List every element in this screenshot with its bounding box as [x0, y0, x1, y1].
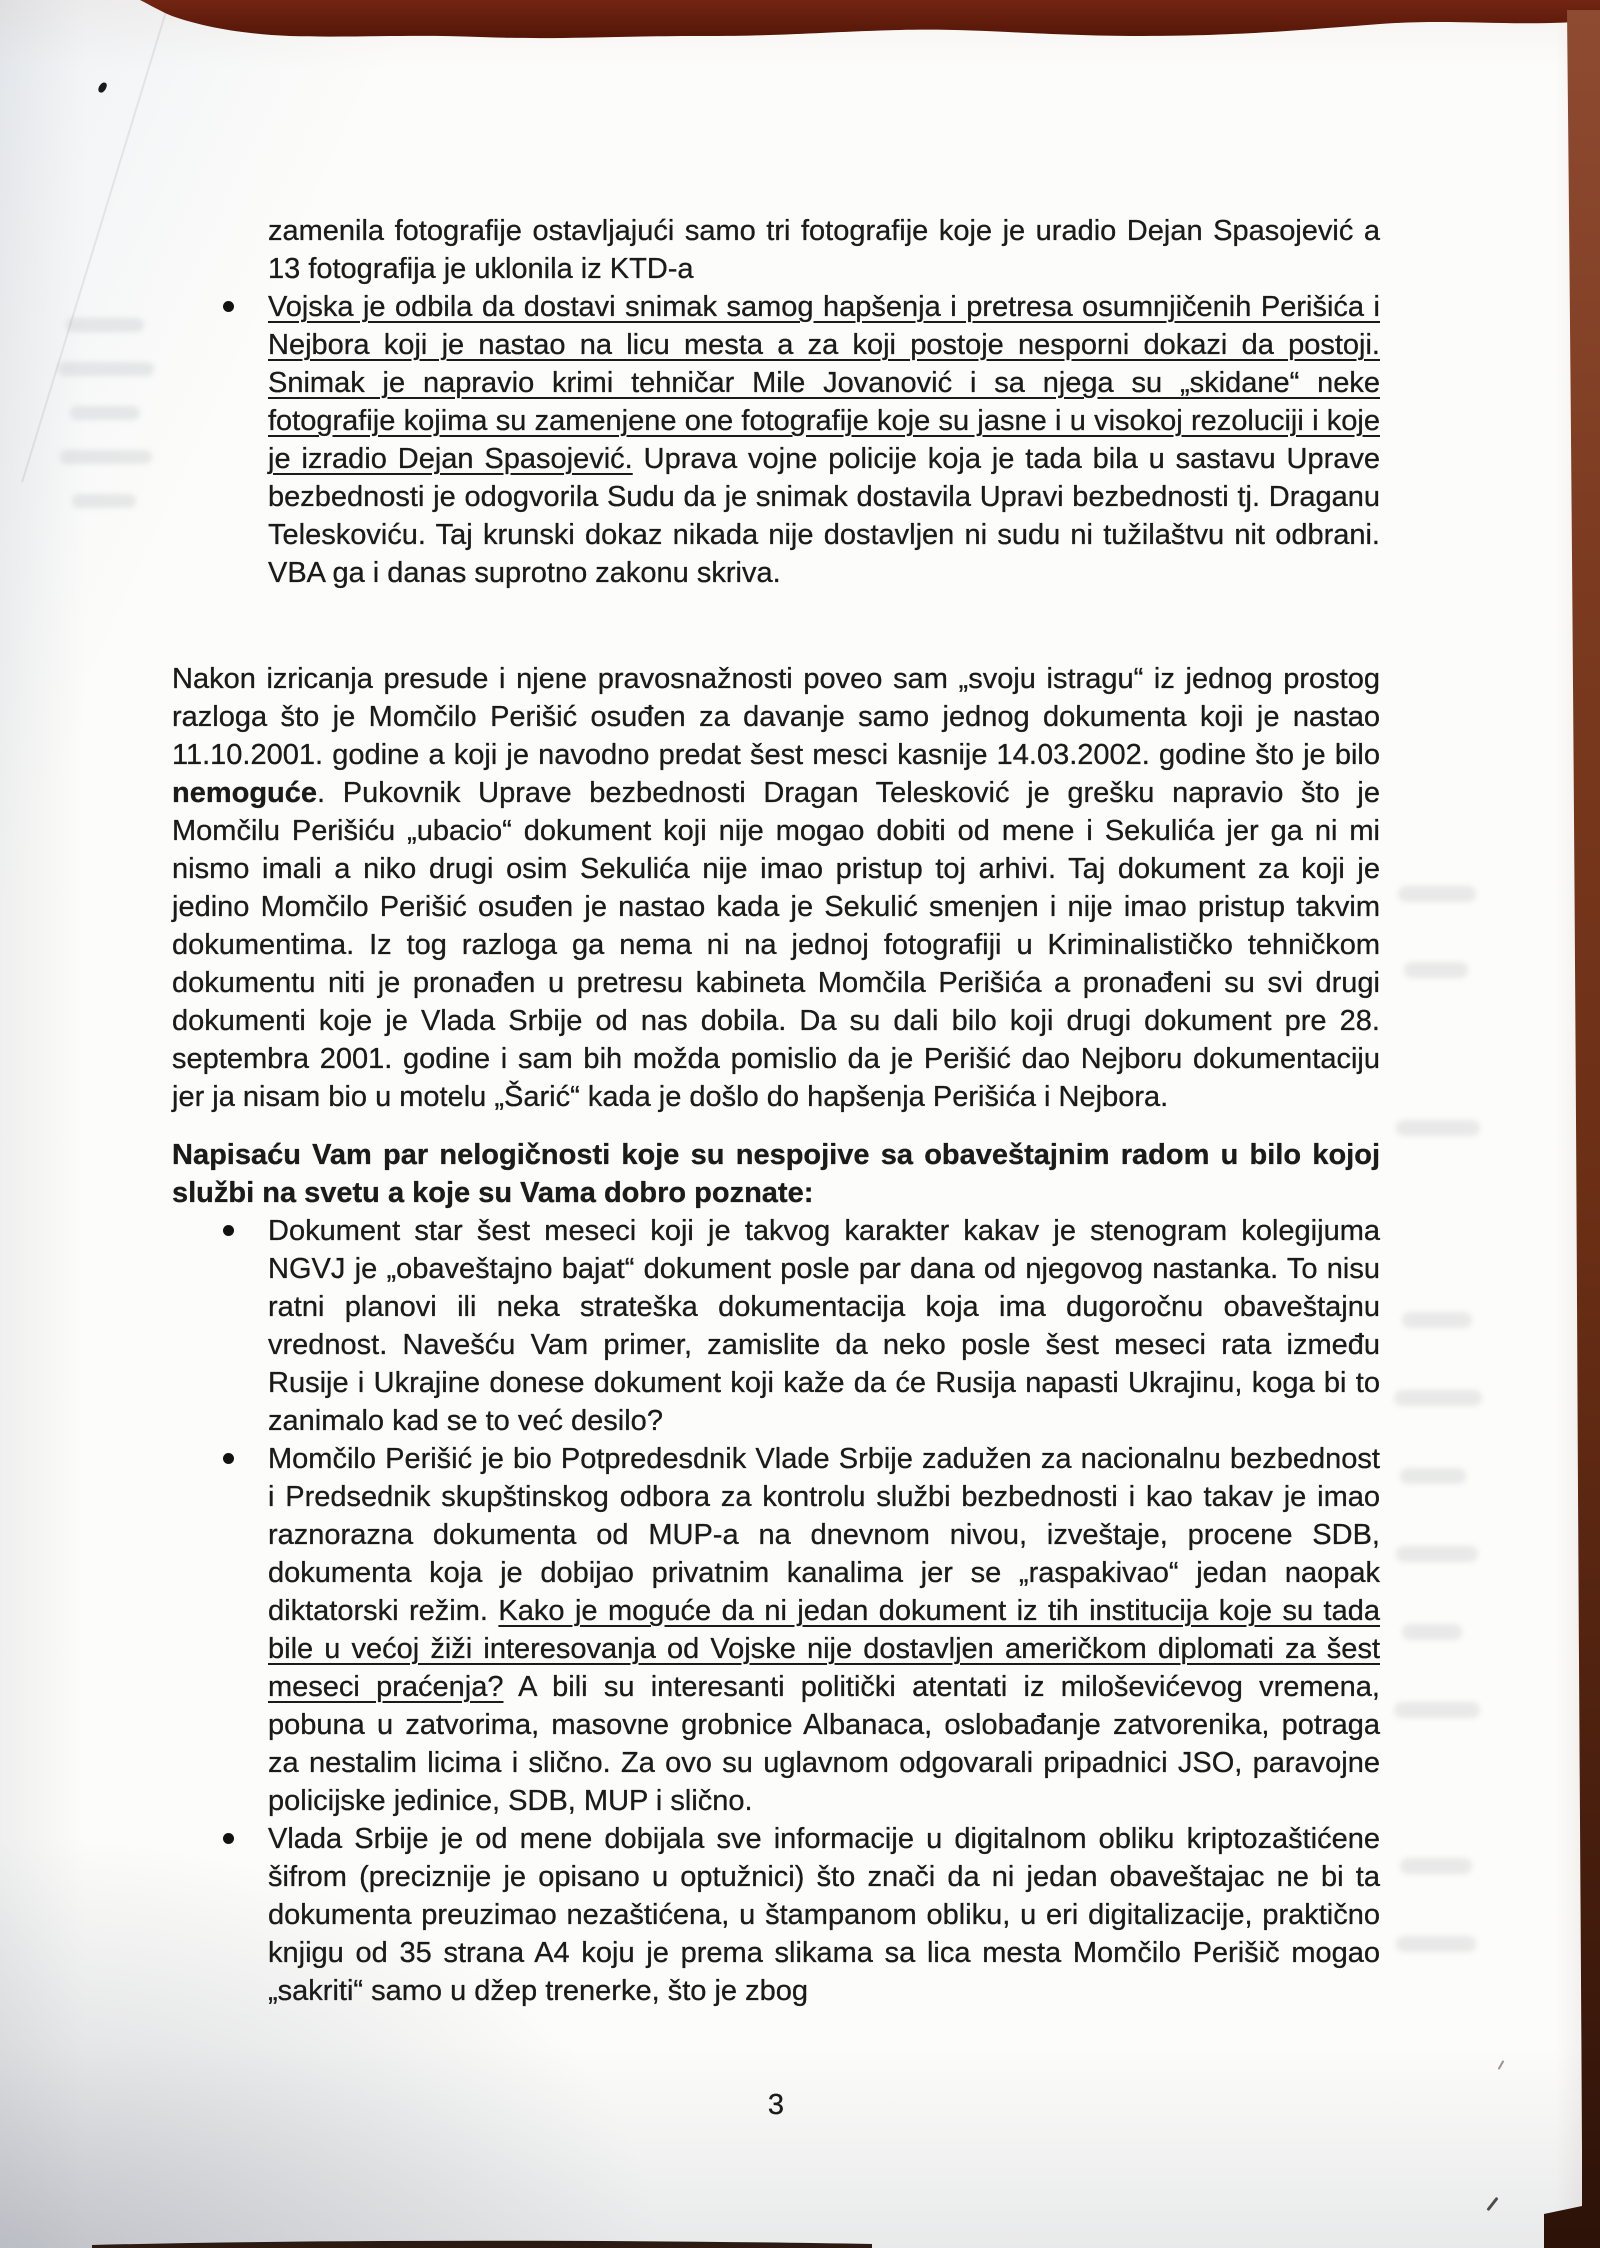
bleedthrough-mark	[1402, 1312, 1472, 1328]
bullet-item-stale-document: Dokument star šest meseci koji je takvog…	[268, 1212, 1380, 1440]
scanned-document-photo: zamenila fotografije ostavljajući samo t…	[0, 0, 1600, 2248]
bleedthrough-mark	[1402, 1624, 1462, 1640]
body-text-upper: zamenila fotografije ostavljajući samo t…	[268, 212, 1380, 592]
section-heading: Napisaću Vam par nelogičnosti koje su ne…	[172, 1136, 1380, 1212]
bullet4-text: Vlada Srbije je od mene dobijala sve inf…	[268, 1823, 1380, 2007]
bleedthrough-mark	[1396, 1936, 1476, 1952]
page-number: 3	[172, 2086, 1380, 2124]
paragraph-own-investigation: Nakon izricanja presude i njene pravosna…	[172, 660, 1380, 1116]
bleedthrough-mark	[1400, 1858, 1472, 1874]
bullet-dot-icon	[223, 301, 234, 312]
main-paragraph-bold-word: nemoguće	[172, 777, 317, 809]
bleedthrough-mark	[1394, 1390, 1482, 1406]
bleedthrough-mark	[58, 362, 154, 376]
bullet-list: Dokument star šest meseci koji je takvog…	[172, 1212, 1380, 2010]
paragraph-continuation: zamenila fotografije ostavljajući samo t…	[268, 212, 1380, 288]
bleedthrough-mark	[60, 450, 152, 464]
bleedthrough-mark	[1396, 1120, 1480, 1136]
bleedthrough-mark	[1400, 1468, 1466, 1484]
bleedthrough-mark	[1396, 1546, 1478, 1562]
bullet-dot-icon	[223, 1225, 234, 1236]
bullet-item-digital-info: Vlada Srbije je od mene dobijala sve inf…	[268, 1820, 1380, 2010]
bullet-item-army-footage: Vojska je odbila da dostavi snimak samog…	[268, 288, 1380, 592]
bleedthrough-mark	[1398, 886, 1476, 902]
main-paragraph-part2: . Pukovnik Uprave bezbednosti Dragan Tel…	[172, 777, 1380, 1113]
bleedthrough-mark	[66, 318, 144, 332]
bullet2-text: Dokument star šest meseci koji je takvog…	[268, 1215, 1380, 1437]
bullet-dot-icon	[223, 1453, 234, 1464]
bleedthrough-mark	[1404, 962, 1468, 978]
body-text-lower: Nakon izricanja presude i njene pravosna…	[172, 660, 1380, 2010]
bullet-item-perisic-role: Momčilo Perišić je bio Potpredesdnik Vla…	[268, 1440, 1380, 1820]
main-paragraph-part1: Nakon izricanja presude i njene pravosna…	[172, 663, 1380, 771]
bleedthrough-mark	[1394, 1702, 1480, 1718]
bullet-dot-icon	[223, 1833, 234, 1844]
bleedthrough-mark	[70, 406, 140, 420]
bleedthrough-mark	[72, 494, 136, 508]
